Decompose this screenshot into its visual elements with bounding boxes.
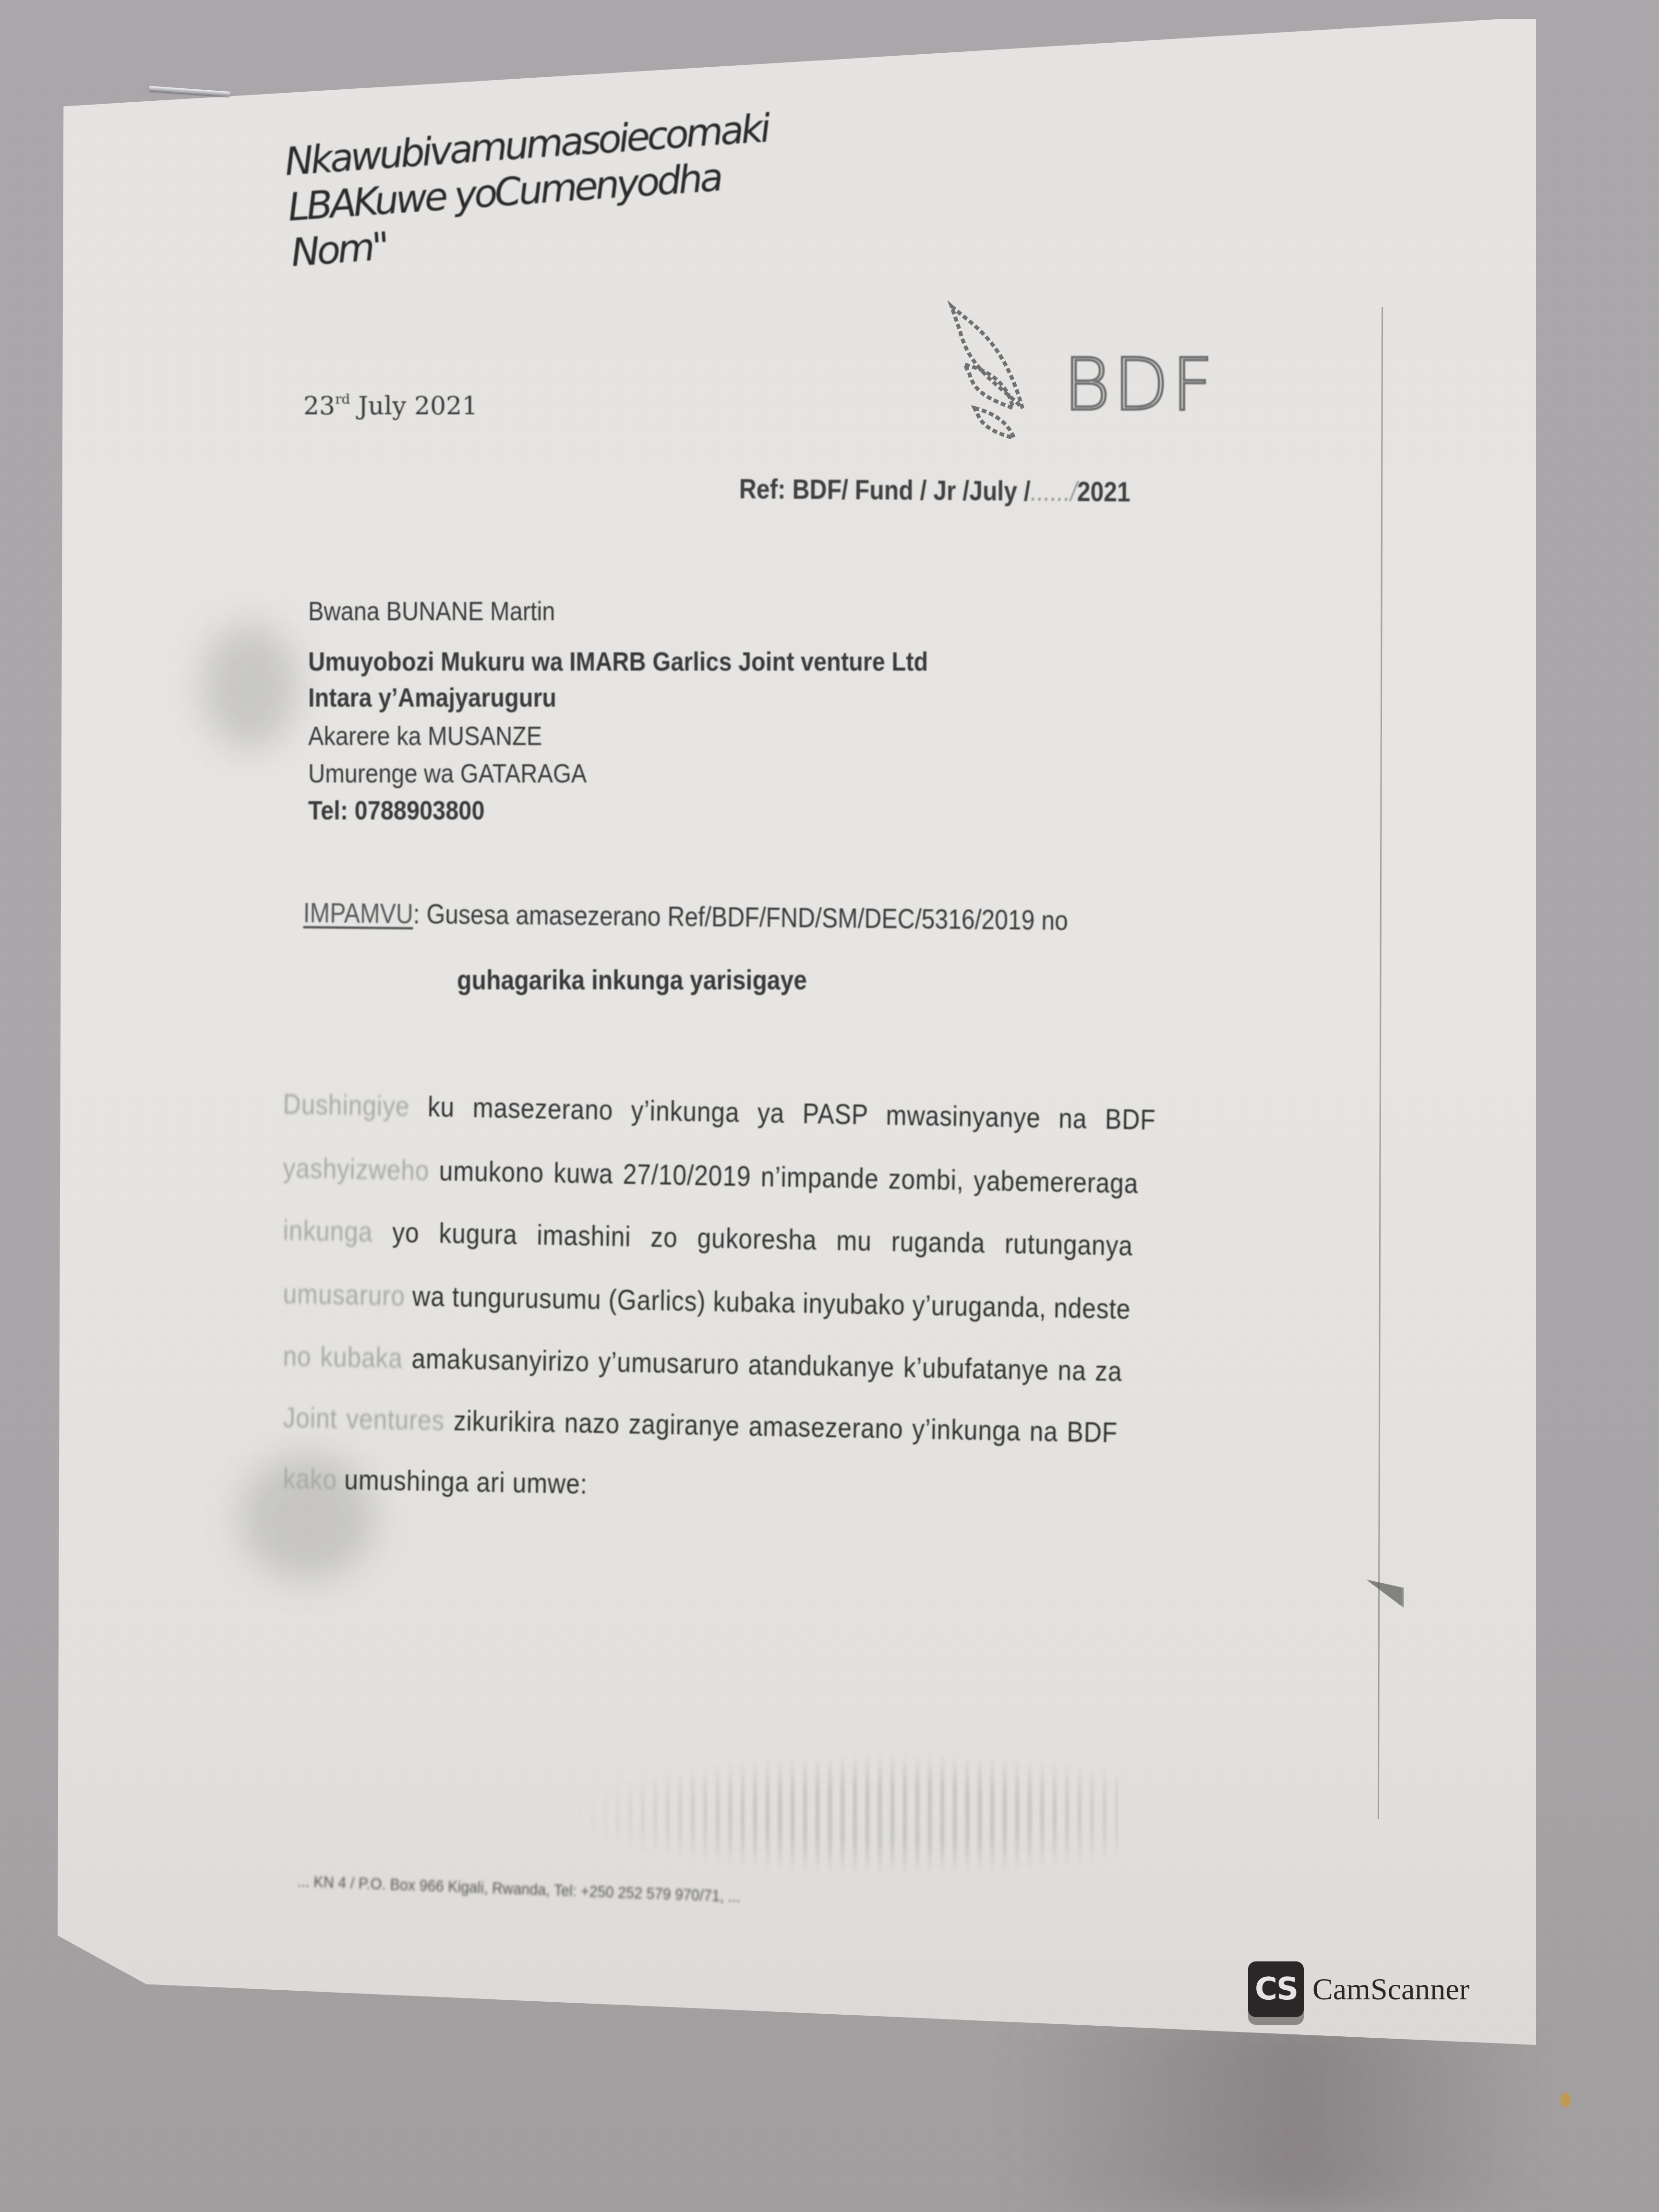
- reference-handwritten: ....../: [1031, 476, 1077, 507]
- faded-word: no kubaka: [283, 1340, 403, 1374]
- footer-stamp-noise: [566, 1752, 1118, 1877]
- subject-label: IMPAMVU: [303, 897, 414, 929]
- faded-word: umusaruro: [283, 1277, 405, 1312]
- body-text: umushinga ari umwe:: [337, 1463, 588, 1500]
- body-line: kako umushinga ari umwe:: [283, 1462, 588, 1501]
- recipient-title: Umuyobozi Mukuru wa IMARB Garlics Joint …: [308, 646, 928, 677]
- letter-page: [58, 19, 1536, 2045]
- date-day: 23: [303, 392, 335, 421]
- reference-year: 2021: [1077, 476, 1130, 508]
- recipient-district: Akarere ka MUSANZE: [308, 720, 542, 751]
- leaf-logo-icon: [941, 298, 1066, 442]
- letter-date: 23rd July 2021: [303, 391, 478, 421]
- recipient-phone: Tel: 0788903800: [308, 794, 484, 826]
- background-shadow: [1008, 2016, 1536, 2212]
- recipient-province: Intara y’Amajyaruguru: [308, 682, 556, 713]
- subject-line-2: guhagarika inkunga yarisigaye: [457, 964, 807, 996]
- date-suffix: rd: [335, 391, 350, 407]
- reference-number: Ref: BDF/ Fund / Jr /July /....../2021: [739, 473, 1130, 508]
- staple: [149, 86, 230, 96]
- bdf-logo: BDF: [941, 298, 1306, 442]
- faded-word: inkunga: [283, 1214, 373, 1248]
- faded-word: yashyizweho: [283, 1152, 430, 1187]
- logo-text: BDF: [1063, 343, 1216, 427]
- faded-word: Dushingiye: [283, 1088, 410, 1122]
- subject-text: : Gusesa amasezerano Ref/BDF/FND/SM/DEC/…: [413, 898, 1068, 936]
- background-speck: [1560, 2093, 1571, 2107]
- camscanner-label: CamScanner: [1312, 1972, 1469, 2007]
- smudge: [202, 624, 298, 749]
- reference-prefix: Ref: BDF/ Fund / Jr /July /: [739, 473, 1031, 507]
- faded-word: Joint ventures: [283, 1401, 445, 1436]
- faded-word: kako: [283, 1462, 337, 1495]
- recipient-sector: Umurenge wa GATARAGA: [308, 757, 587, 789]
- camscanner-watermark: CS CamScanner: [1248, 1961, 1469, 2017]
- camscanner-icon: CS: [1248, 1961, 1304, 2017]
- date-month-year: July 2021: [358, 392, 478, 421]
- recipient-name: Bwana BUNANE Martin: [308, 595, 555, 626]
